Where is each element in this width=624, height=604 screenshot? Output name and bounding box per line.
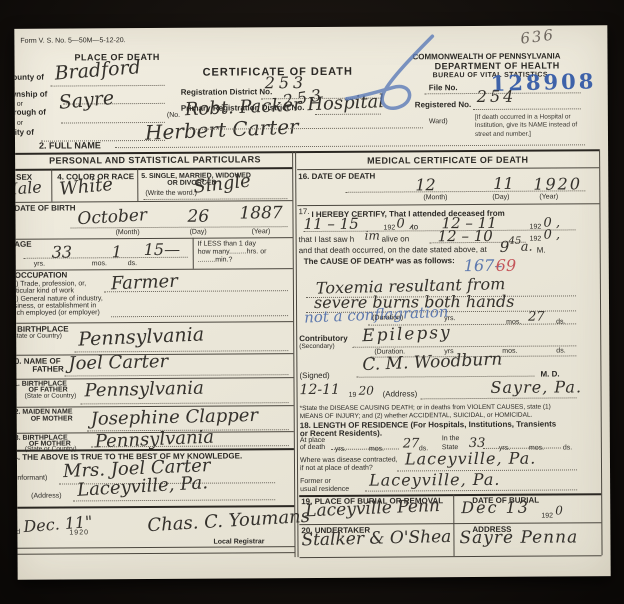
age-label: 7. AGE (14, 241, 31, 249)
physician-signature: C. M. Woodburn (362, 351, 503, 374)
race-value: White (59, 176, 114, 199)
burial-date-value: Dec 13 (461, 500, 530, 516)
or-label: or (17, 120, 23, 127)
county-label: County of (14, 74, 44, 82)
registrar-signature: Chas. C. Youmans (147, 508, 311, 535)
marital-hint: (Write the word.) (145, 190, 197, 197)
row-divider (16, 321, 293, 324)
duration-yrs-caption: yrs. (444, 315, 455, 322)
death-day: 11 (493, 176, 513, 192)
personal-section-title: PERSONAL AND STATISTICAL PARTICULARS (49, 155, 261, 165)
pencil-page-number: 636 (520, 27, 556, 46)
row-divider (297, 167, 599, 170)
occupation-a-line2: particular kind of work (14, 287, 74, 294)
him-handwritten: im (365, 230, 380, 242)
duration2-mos-caption: mos. (502, 348, 517, 355)
age-ds-caption: ds. (128, 260, 137, 267)
row-divider (18, 552, 295, 555)
informant-address-label: (Address) (31, 493, 61, 500)
former-residence-caption1: Former or (300, 478, 331, 485)
or-label: or (17, 101, 23, 108)
city-label: City of (14, 129, 34, 137)
dob-day: 26 (187, 209, 209, 226)
blue-ink-scribble (344, 30, 470, 126)
less-than-day-line1: If LESS than 1 day (198, 240, 256, 247)
occupation-label: 8. OCCUPATION (14, 271, 67, 279)
year-digit: 0 (555, 504, 563, 516)
month-caption: (Month) (116, 229, 140, 236)
row-divider (17, 546, 294, 549)
age-mos-caption: mos. (92, 260, 107, 267)
writing-line (104, 290, 288, 292)
age-yrs-caption: yrs. (34, 261, 45, 268)
signed-label: (Signed) (299, 372, 329, 380)
marital-value: Single (192, 172, 251, 196)
father-birthplace-value: Pennsylvania (84, 380, 204, 401)
death-certificate-document: Form V. S. No. 5—50M—5-12-20. PLACE OF D… (14, 25, 610, 580)
filed-label: 15. Filed (14, 529, 20, 536)
signature-date: 12-11 (299, 383, 339, 397)
signature-address-label: (Address) (383, 390, 418, 398)
photo-background: Form V. S. No. 5—50M—5-12-20. PLACE OF D… (0, 0, 624, 604)
row-divider (300, 555, 602, 558)
res-mos-caption: mos. (369, 446, 384, 453)
year-digit: 0 , (544, 228, 561, 241)
writing-line (111, 315, 288, 317)
writing-line (115, 144, 585, 148)
dob-year: 1887 (239, 205, 282, 222)
day-caption: (Day) (492, 194, 509, 201)
secondary-caption: (Secondary) (299, 344, 334, 351)
time-minutes: 45 (509, 237, 522, 247)
row-divider (299, 522, 601, 525)
cell-divider (137, 168, 138, 201)
mother-maiden-label2: OF MOTHER (31, 415, 73, 422)
at-place-caption2: of death (300, 444, 325, 451)
writing-line (365, 489, 577, 491)
local-registrar-caption: Local Registrar (213, 538, 264, 545)
borough-label: Borough of (14, 109, 46, 117)
day-caption: (Day) (190, 229, 207, 236)
date-of-death-label: 16. DATE OF DEATH (298, 173, 375, 181)
dob-month: October (77, 207, 147, 228)
cell-divider (453, 494, 454, 556)
month-caption: (Month) (423, 194, 447, 201)
last-saw-statement: that I last saw h (299, 236, 355, 244)
section-divider (15, 167, 292, 171)
former-residence-caption2: usual residence (300, 486, 349, 493)
year-caption: (Year) (539, 193, 558, 200)
undertaker-address-value: Sayre Penna (459, 529, 578, 547)
printed-192: 192 (541, 513, 553, 520)
dob-label: 6. DATE OF BIRTH (14, 204, 75, 212)
less-than-day-line3: .........min.? (198, 256, 233, 263)
state-ds-caption: ds. (563, 444, 572, 451)
father-birthplace-hint: (State or Country) (25, 393, 77, 400)
where-contracted-line1: Where was disease contracted, (300, 456, 398, 464)
former-residence-value: Laceyville, Pa. (369, 472, 500, 489)
age-months: 1 (112, 244, 122, 260)
printed-19: 19 (349, 392, 357, 399)
writing-line (64, 374, 288, 376)
duration-days-value: 27 (528, 311, 545, 324)
occupation-b-line3: which employed (or employer) (14, 309, 100, 317)
less-than-day-line2: how many.........hrs. or (198, 248, 267, 255)
writing-line (73, 499, 275, 501)
contributory-label: Contributory (299, 335, 347, 343)
contributory-value: Epilepsy (362, 325, 452, 346)
father-name-value: Joel Carter (68, 353, 168, 373)
where-contracted-value: Laceyville, Pa. (405, 451, 536, 468)
township-label: Township of (14, 91, 47, 99)
signature-address-value: Sayre, Pa. (490, 379, 582, 396)
cell-divider (51, 169, 52, 202)
in-the-caption: In the (442, 435, 460, 442)
cause-of-death-label: The CAUSE OF DEATH* was as follows: (304, 257, 455, 266)
alive-on-label: alive on (382, 235, 410, 243)
birthplace-hint: (State or Country) (14, 334, 62, 341)
filed-year-value: 1920 (69, 529, 89, 536)
cause-code-red: 69 (496, 258, 516, 274)
county-value: Bradford (54, 58, 141, 83)
where-contracted-line2: if not at place of death? (300, 465, 373, 472)
writing-line (421, 397, 577, 399)
year-digits: 20 (359, 385, 374, 397)
borough-value: Sayre (58, 89, 115, 113)
informant-label: (Informant) (14, 475, 47, 482)
registered-no-value: 254 (477, 89, 517, 105)
form-number: Form V. S. No. 5—50M—5-12-20. (20, 37, 125, 45)
writing-line (473, 108, 581, 110)
hospital-note: [If death occurred in a Hospital or Inst… (475, 113, 581, 139)
death-occurred-statement: and that death occurred, on the date sta… (299, 246, 487, 255)
sex-value: Male (14, 179, 42, 198)
row-divider (297, 203, 599, 206)
res-yrs-caption: yrs. (335, 446, 346, 453)
writing-line (179, 127, 423, 129)
cell-divider (193, 238, 194, 269)
father-name-label2: FATHER (32, 366, 63, 374)
full-name-label: 2. FULL NAME (39, 141, 101, 150)
age-years: 33 (52, 244, 72, 260)
year-caption: (Year) (252, 228, 271, 235)
institution-paren-label: (No. (167, 112, 180, 119)
informant-address-value: Laceyville, Pa. (77, 474, 209, 500)
duration-caption: (Duration) (372, 314, 403, 321)
writing-line (352, 345, 576, 347)
medical-section-title: MEDICAL CERTIFICATE OF DEATH (367, 156, 528, 166)
duration2-ds-caption: ds. (556, 347, 565, 354)
undertaker-value: Stalker & O'Shea (301, 529, 451, 550)
birthplace-value: Pennsylvania (78, 325, 205, 349)
age-days: 15— (144, 242, 180, 258)
mother-maiden-value: Josephine Clapper (91, 407, 259, 429)
attended-from-date: 11 – 15 (303, 217, 358, 232)
time-ampm: a. (521, 241, 533, 254)
burial-place-value: Laceyville Penn (305, 498, 440, 521)
m-label: M. (537, 247, 546, 255)
